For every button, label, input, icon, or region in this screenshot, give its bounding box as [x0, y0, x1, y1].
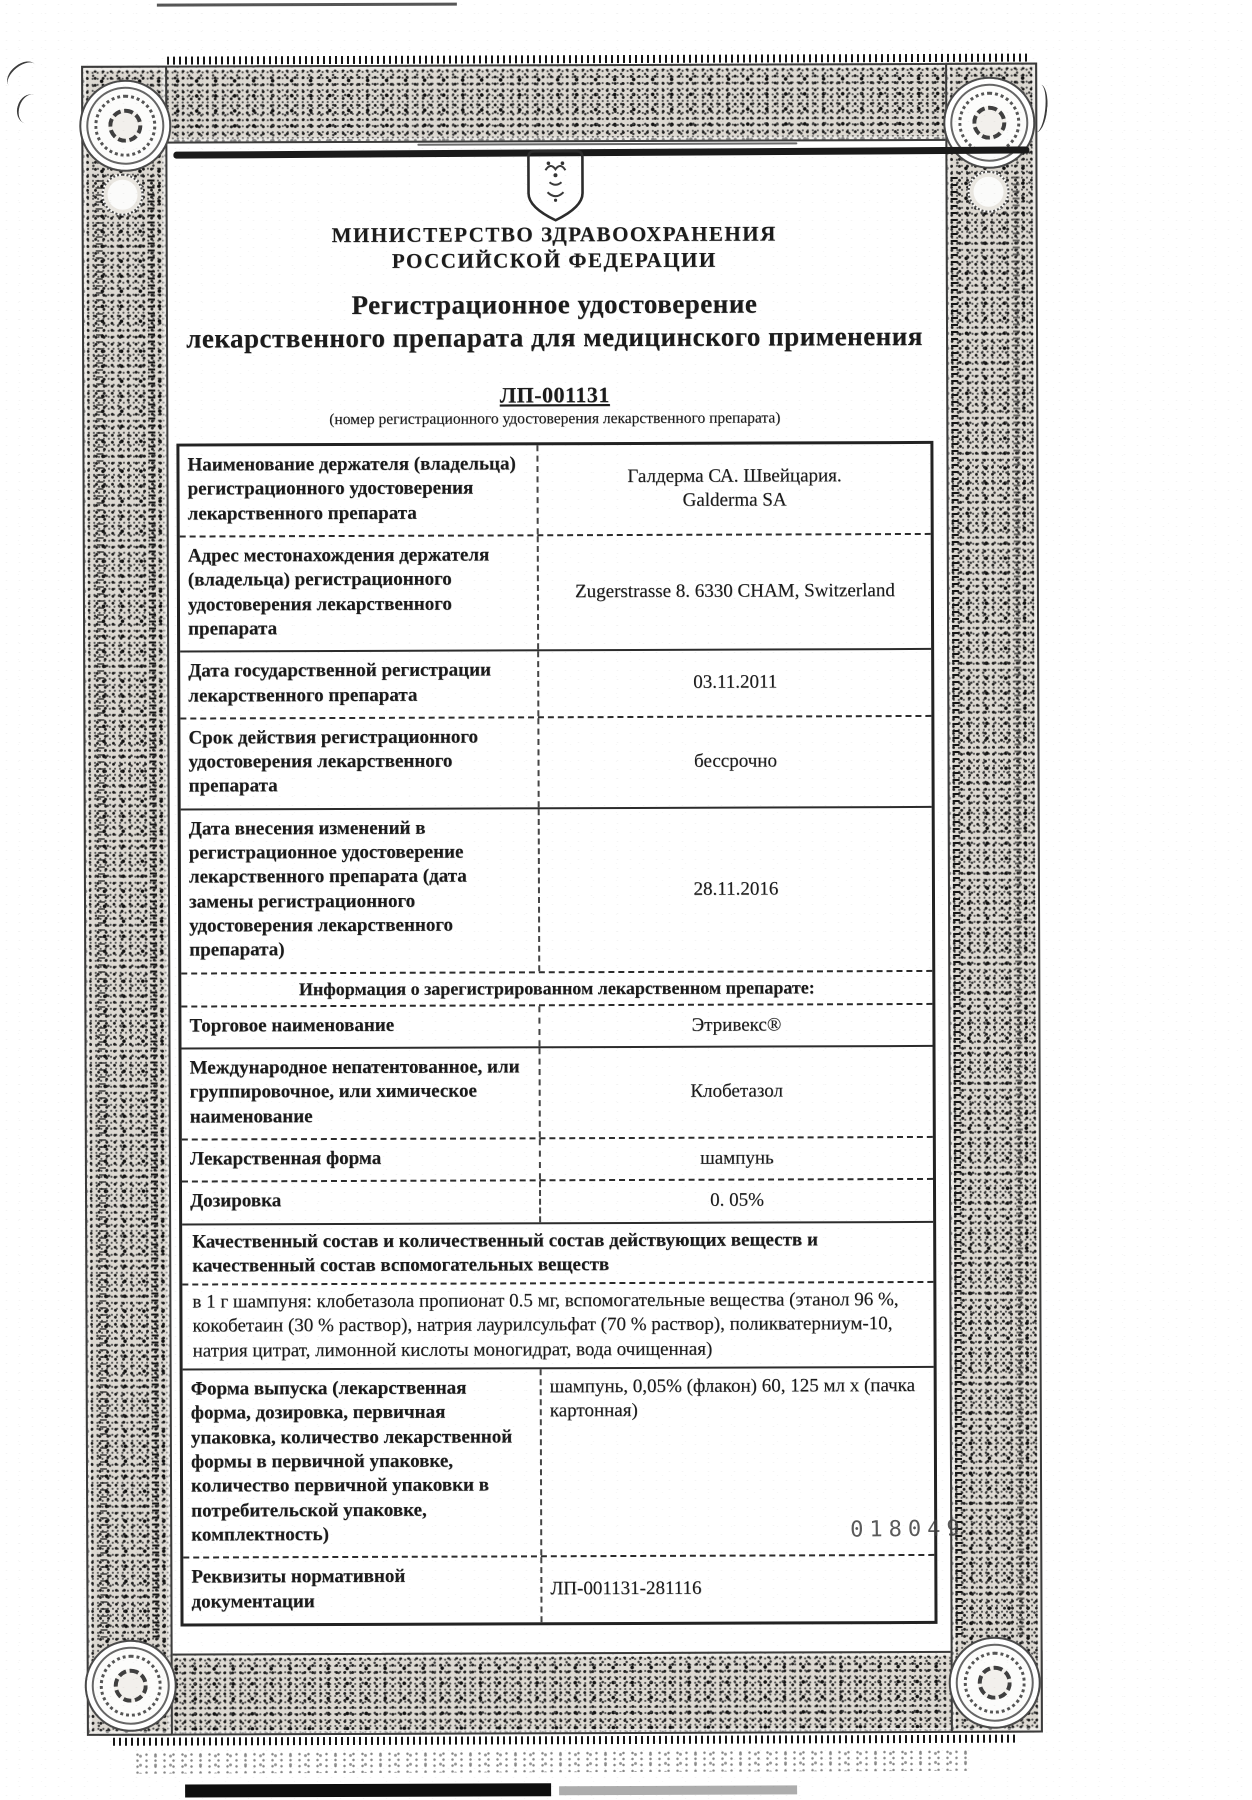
corner-medallion-bottom-left: [85, 1640, 177, 1732]
table-row-inn: Международное непатентованное, или групп…: [182, 1045, 933, 1139]
certificate-table: Наименование держателя (владельца) регис…: [176, 441, 937, 1627]
table-row-composition-header: Качественный состав и количественный сос…: [182, 1220, 933, 1283]
row-value: Этривекс®: [540, 1005, 932, 1047]
frame-band-bottom: [99, 1651, 1043, 1736]
frame-band-left: [81, 66, 173, 1736]
scan-bar-bottom: [185, 1783, 551, 1797]
row-label: Дата внесения изменений в регистрационно…: [181, 809, 541, 972]
row-label: Лекарственная форма: [182, 1139, 541, 1181]
row-value: бессрочно: [539, 717, 931, 807]
table-section-header: Информация о зарегистрированном лекарств…: [181, 970, 932, 1006]
scan-streak-top-thin: [417, 142, 797, 145]
row-value: Zugerstrasse 8. 6330 CHAM, Switzerland: [539, 535, 931, 650]
rosette-small-top-right: [967, 171, 1009, 213]
table-row-amendment-date: Дата внесения изменений в регистрационно…: [181, 806, 933, 972]
row-value: Клобетазол: [540, 1047, 932, 1137]
pen-mark-top-left-1: [2, 56, 42, 94]
registration-number: ЛП-001131: [176, 381, 933, 410]
row-label: Наименование держателя (владельца) регис…: [179, 445, 538, 535]
document-title: Регистрационное удостоверение лекарствен…: [166, 287, 943, 357]
row-label: Торговое наименование: [181, 1006, 540, 1048]
row-label: Адрес местонахождения держателя (владель…: [180, 536, 539, 651]
scan-mark-top-edge: [157, 3, 457, 7]
scanned-certificate-page: { "colors": { "ink": "#1c1c1c", "paper":…: [0, 0, 1252, 1800]
row-value: Галдерма СА. Швейцария. Galderma SA: [538, 444, 930, 534]
row-value: 03.11.2011: [539, 650, 931, 716]
rosette-small-top-left: [101, 174, 143, 216]
scan-streak-top: [173, 146, 1029, 158]
composition-header-label: Качественный состав и количественный сос…: [182, 1222, 933, 1283]
row-value: ЛП-001131-281116: [542, 1556, 934, 1622]
scan-noise-bottom: [133, 1749, 973, 1774]
ministry-line1: МИНИСТЕРСТВО ЗДРАВООХРАНЕНИЯ: [176, 221, 933, 249]
registration-number-caption: (номер регистрационного удостоверения ле…: [176, 409, 933, 430]
corner-medallion-bottom-right: [949, 1637, 1041, 1729]
document-title-line2: лекарственного препарата для медицинског…: [166, 320, 943, 356]
perforation-ticks-bottom: [113, 1735, 1019, 1746]
ministry-name: МИНИСТЕРСТВО ЗДРАВООХРАНЕНИЯ РОССИЙСКОЙ …: [176, 221, 933, 275]
table-row-trade-name: Торговое наименование Этривекс®: [181, 1003, 932, 1048]
frame-band-top: [81, 63, 1037, 144]
section-header-label: Информация о зарегистрированном лекарств…: [181, 972, 932, 1006]
table-row-holder-name: Наименование держателя (владельца) регис…: [179, 444, 930, 536]
row-value: 0. 05%: [541, 1180, 933, 1222]
table-row-release-form: Форма выпуска (лекарственная форма, дози…: [183, 1366, 935, 1557]
table-row-strength: Дозировка 0. 05%: [182, 1178, 933, 1223]
composition-detail-text: в 1 г шампуня: клобетазола пропионат 0.5…: [182, 1283, 933, 1369]
row-value: 28.11.2016: [540, 808, 933, 971]
coat-of-arms-icon: [525, 148, 585, 224]
corner-medallion-top-right: [943, 77, 1035, 169]
row-label: Международное непатентованное, или групп…: [182, 1048, 541, 1138]
corner-medallion-top-left: [79, 80, 171, 172]
row-label: Реквизиты нормативной документации: [183, 1558, 542, 1624]
scan-bar-bottom-faded: [559, 1785, 797, 1795]
table-row-registration-date: Дата государственной регистрации лекарст…: [180, 648, 931, 717]
serial-number-stamp: 018049: [850, 1516, 966, 1542]
table-row-holder-address: Адрес местонахождения держателя (владель…: [180, 533, 931, 651]
scanned-document: МИНИСТЕРСТВО ЗДРАВООХРАНЕНИЯ РОССИЙСКОЙ …: [0, 0, 1252, 1800]
row-label: Дата государственной регистрации лекарст…: [180, 651, 539, 717]
document-title-line1: Регистрационное удостоверение: [166, 287, 943, 323]
table-row-validity: Срок действия регистрационного удостовер…: [180, 715, 931, 809]
row-value: шампунь: [541, 1138, 933, 1180]
pen-mark-top-left-2: [13, 91, 45, 127]
table-row-dosage-form: Лекарственная форма шампунь: [182, 1136, 933, 1181]
row-label: Форма выпуска (лекарственная форма, дози…: [183, 1369, 543, 1556]
row-label: Срок действия регистрационного удостовер…: [180, 718, 539, 808]
ministry-line2: РОССИЙСКОЙ ФЕДЕРАЦИИ: [176, 247, 933, 275]
table-row-composition-detail: в 1 г шампуня: клобетазола пропионат 0.5…: [182, 1281, 933, 1369]
table-row-normative-docs: Реквизиты нормативной документации ЛП-00…: [183, 1554, 934, 1623]
row-label: Дозировка: [182, 1182, 541, 1224]
